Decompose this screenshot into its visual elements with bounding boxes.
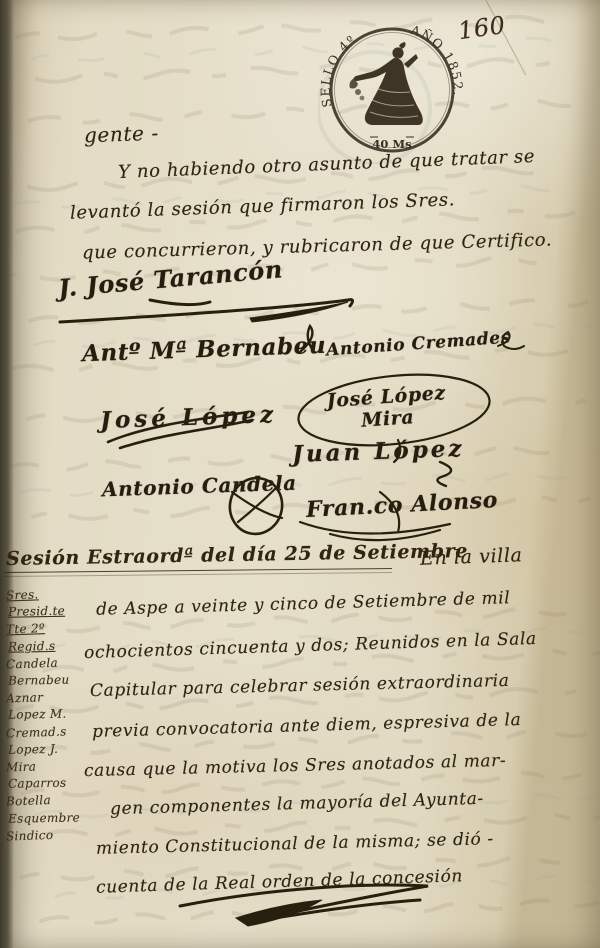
tarancon-rubric-tail [250, 302, 348, 322]
body-line: causa que la motiva los Sres anotados al… [84, 751, 507, 781]
margin-entry: Tte 2º [6, 619, 95, 639]
body-line: de Aspe a veinte y cinco de Setiembre de… [96, 588, 511, 620]
heading-underline [4, 568, 392, 577]
manuscript-page: 160 SELLO 4º AÑO 1852. 40 Ms [0, 0, 600, 948]
closing-line: que concurrieron, y rubricaron de que Ce… [82, 229, 553, 263]
body-line: cuenta de la Real orden de la concesión [96, 866, 463, 898]
signature-candela: Antonio Candela [102, 471, 297, 502]
seal-bottom-label: 40 Ms [372, 137, 411, 151]
body-line: gen componentes la mayoría del Ayunta- [110, 789, 484, 819]
body-line: miento Constitucional de la misma; se di… [96, 829, 494, 859]
signature-jose-lopez: José López [100, 401, 278, 434]
signature-lopez-mira: José López Mira [311, 381, 464, 435]
signature-bernabeu: Antº Mª Bernabeu [82, 332, 327, 368]
margin-entry: Botella [6, 791, 95, 811]
signature-alonso: Fran.co Alonso [305, 487, 498, 523]
body-line: Capitular para celebrar sesión extraordi… [90, 671, 510, 701]
closing-line: levantó la sesión que firmaron los Sres. [70, 189, 456, 223]
margin-entry: Sindico [6, 825, 95, 845]
margin-entry: Lopez M. [8, 706, 96, 725]
body-line: previa convocatoria ante diem, espresiva… [92, 710, 522, 742]
signature-cremades: Antonio Cremades [326, 328, 512, 361]
body-line: ochocientos cincuenta y dos; Reunidos en… [84, 629, 537, 663]
margin-entry: Cremad.s [6, 722, 95, 742]
tax-stamp-seal: SELLO 4º AÑO 1852. 40 Ms [318, 16, 466, 164]
margin-entry: Esquembre [8, 809, 96, 828]
margin-entry: Regid.s [8, 637, 96, 656]
closing-flourish-blot [236, 900, 322, 926]
session-heading-suffix: En la villa [420, 544, 523, 570]
juan-lopez-rubric [437, 462, 451, 486]
signature-juan-lopez: Juan López [292, 435, 465, 468]
margin-attendee-list: Sres. Presid.te Tte 2º Regid.s Candela B… [6, 586, 94, 844]
session-heading: Sesión Estraordª del día 25 de Setiembre [6, 540, 468, 570]
seal-right-label: AÑO 1852. [408, 22, 466, 98]
catchword: gente - [84, 121, 160, 148]
tarancon-rubric-flourish [60, 300, 353, 322]
